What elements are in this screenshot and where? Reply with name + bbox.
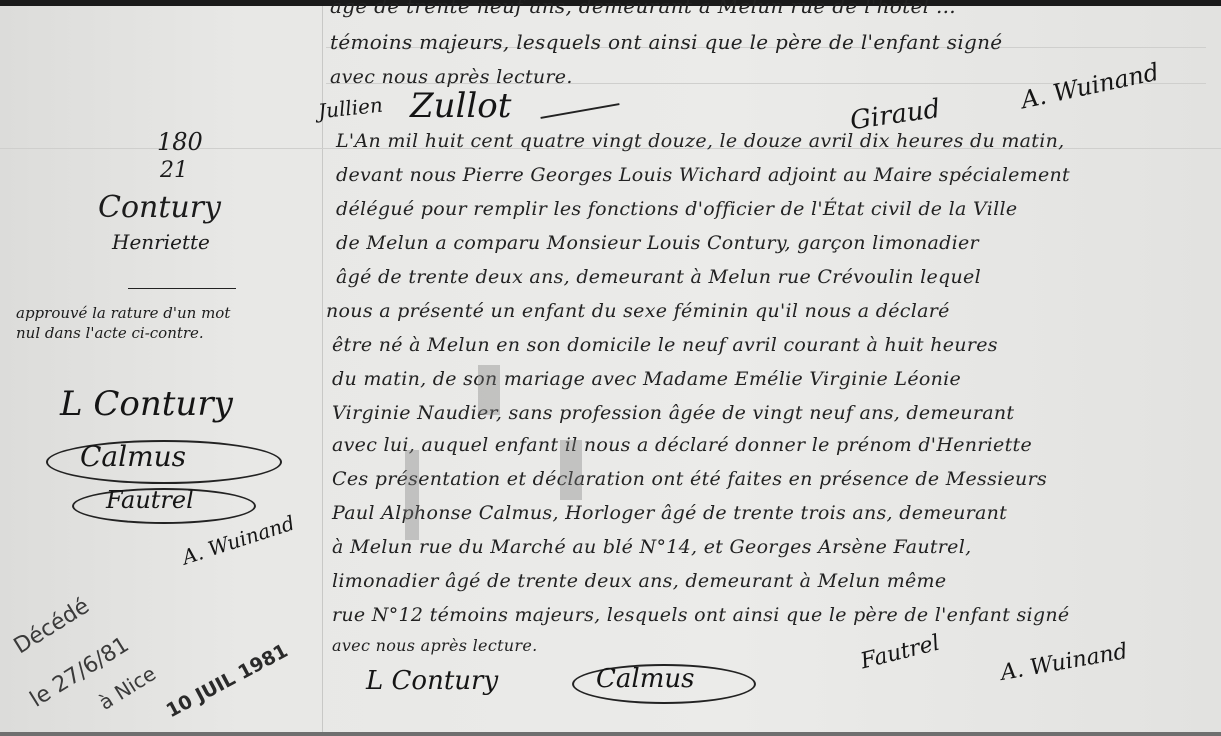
margin-divider xyxy=(128,288,236,289)
act-line: Ces présentation et déclaration ont été … xyxy=(332,468,1047,490)
previous-act-line: témoins majeurs, lesquels ont ainsi que … xyxy=(330,30,1002,54)
act-line: âgé de trente deux ans, demeurant à Melu… xyxy=(336,266,981,288)
act-line: avec lui, auquel enfant il nous a déclar… xyxy=(332,434,1032,456)
margin-note: nul dans l'acte ci-contre. xyxy=(16,324,204,342)
act-line: être né à Melun en son domicile le neuf … xyxy=(332,334,998,356)
act-line: nous a présenté un enfant du sexe fémini… xyxy=(326,300,950,322)
margin-signature-witness: Calmus xyxy=(80,440,186,473)
act-number: 180 xyxy=(157,128,203,156)
act-line: rue N°12 témoins majeurs, lesquels ont a… xyxy=(332,604,1069,626)
act-line: devant nous Pierre Georges Louis Wichard… xyxy=(336,164,1070,186)
act-line: délégué pour remplir les fonctions d'off… xyxy=(336,198,1017,220)
previous-act-line: avec nous après lecture. xyxy=(330,66,573,88)
margin-note: approuvé la rature d'un mot xyxy=(16,304,230,322)
act-line: limonadier âgé de trente deux ans, demeu… xyxy=(332,570,946,592)
act-line: du matin, de son mariage avec Madame Emé… xyxy=(332,368,961,390)
act-line: L'An mil huit cent quatre vingt douze, l… xyxy=(336,130,1064,152)
previous-act-line: âge de trente neuf ans, demeurant à Melu… xyxy=(330,0,956,18)
act-day: 21 xyxy=(160,158,188,183)
margin-signature-witness: Fautrel xyxy=(106,486,194,514)
margin-signature-father: L Contury xyxy=(60,384,233,424)
margin-given-name: Henriette xyxy=(112,230,210,254)
bottom-signature-witness: Calmus xyxy=(596,664,694,694)
act-line: à Melun rue du Marché au blé N°14, et Ge… xyxy=(332,536,971,558)
bottom-signature-father: L Contury xyxy=(366,666,498,696)
act-line: de Melun a comparu Monsieur Louis Contur… xyxy=(336,232,979,254)
act-line: Paul Alphonse Calmus, Horloger âgé de tr… xyxy=(332,502,1007,524)
signature-previous: Zullot xyxy=(410,86,511,126)
scan-bottom-border xyxy=(0,732,1221,736)
act-line: avec nous après lecture. xyxy=(332,636,538,655)
faded-stamp-mark xyxy=(560,440,582,500)
act-line: Virginie Naudier, sans profession âgée d… xyxy=(332,402,1014,424)
faded-stamp-mark xyxy=(478,365,500,415)
margin-surname: Contury xyxy=(98,190,221,225)
faded-stamp-mark xyxy=(405,450,419,540)
